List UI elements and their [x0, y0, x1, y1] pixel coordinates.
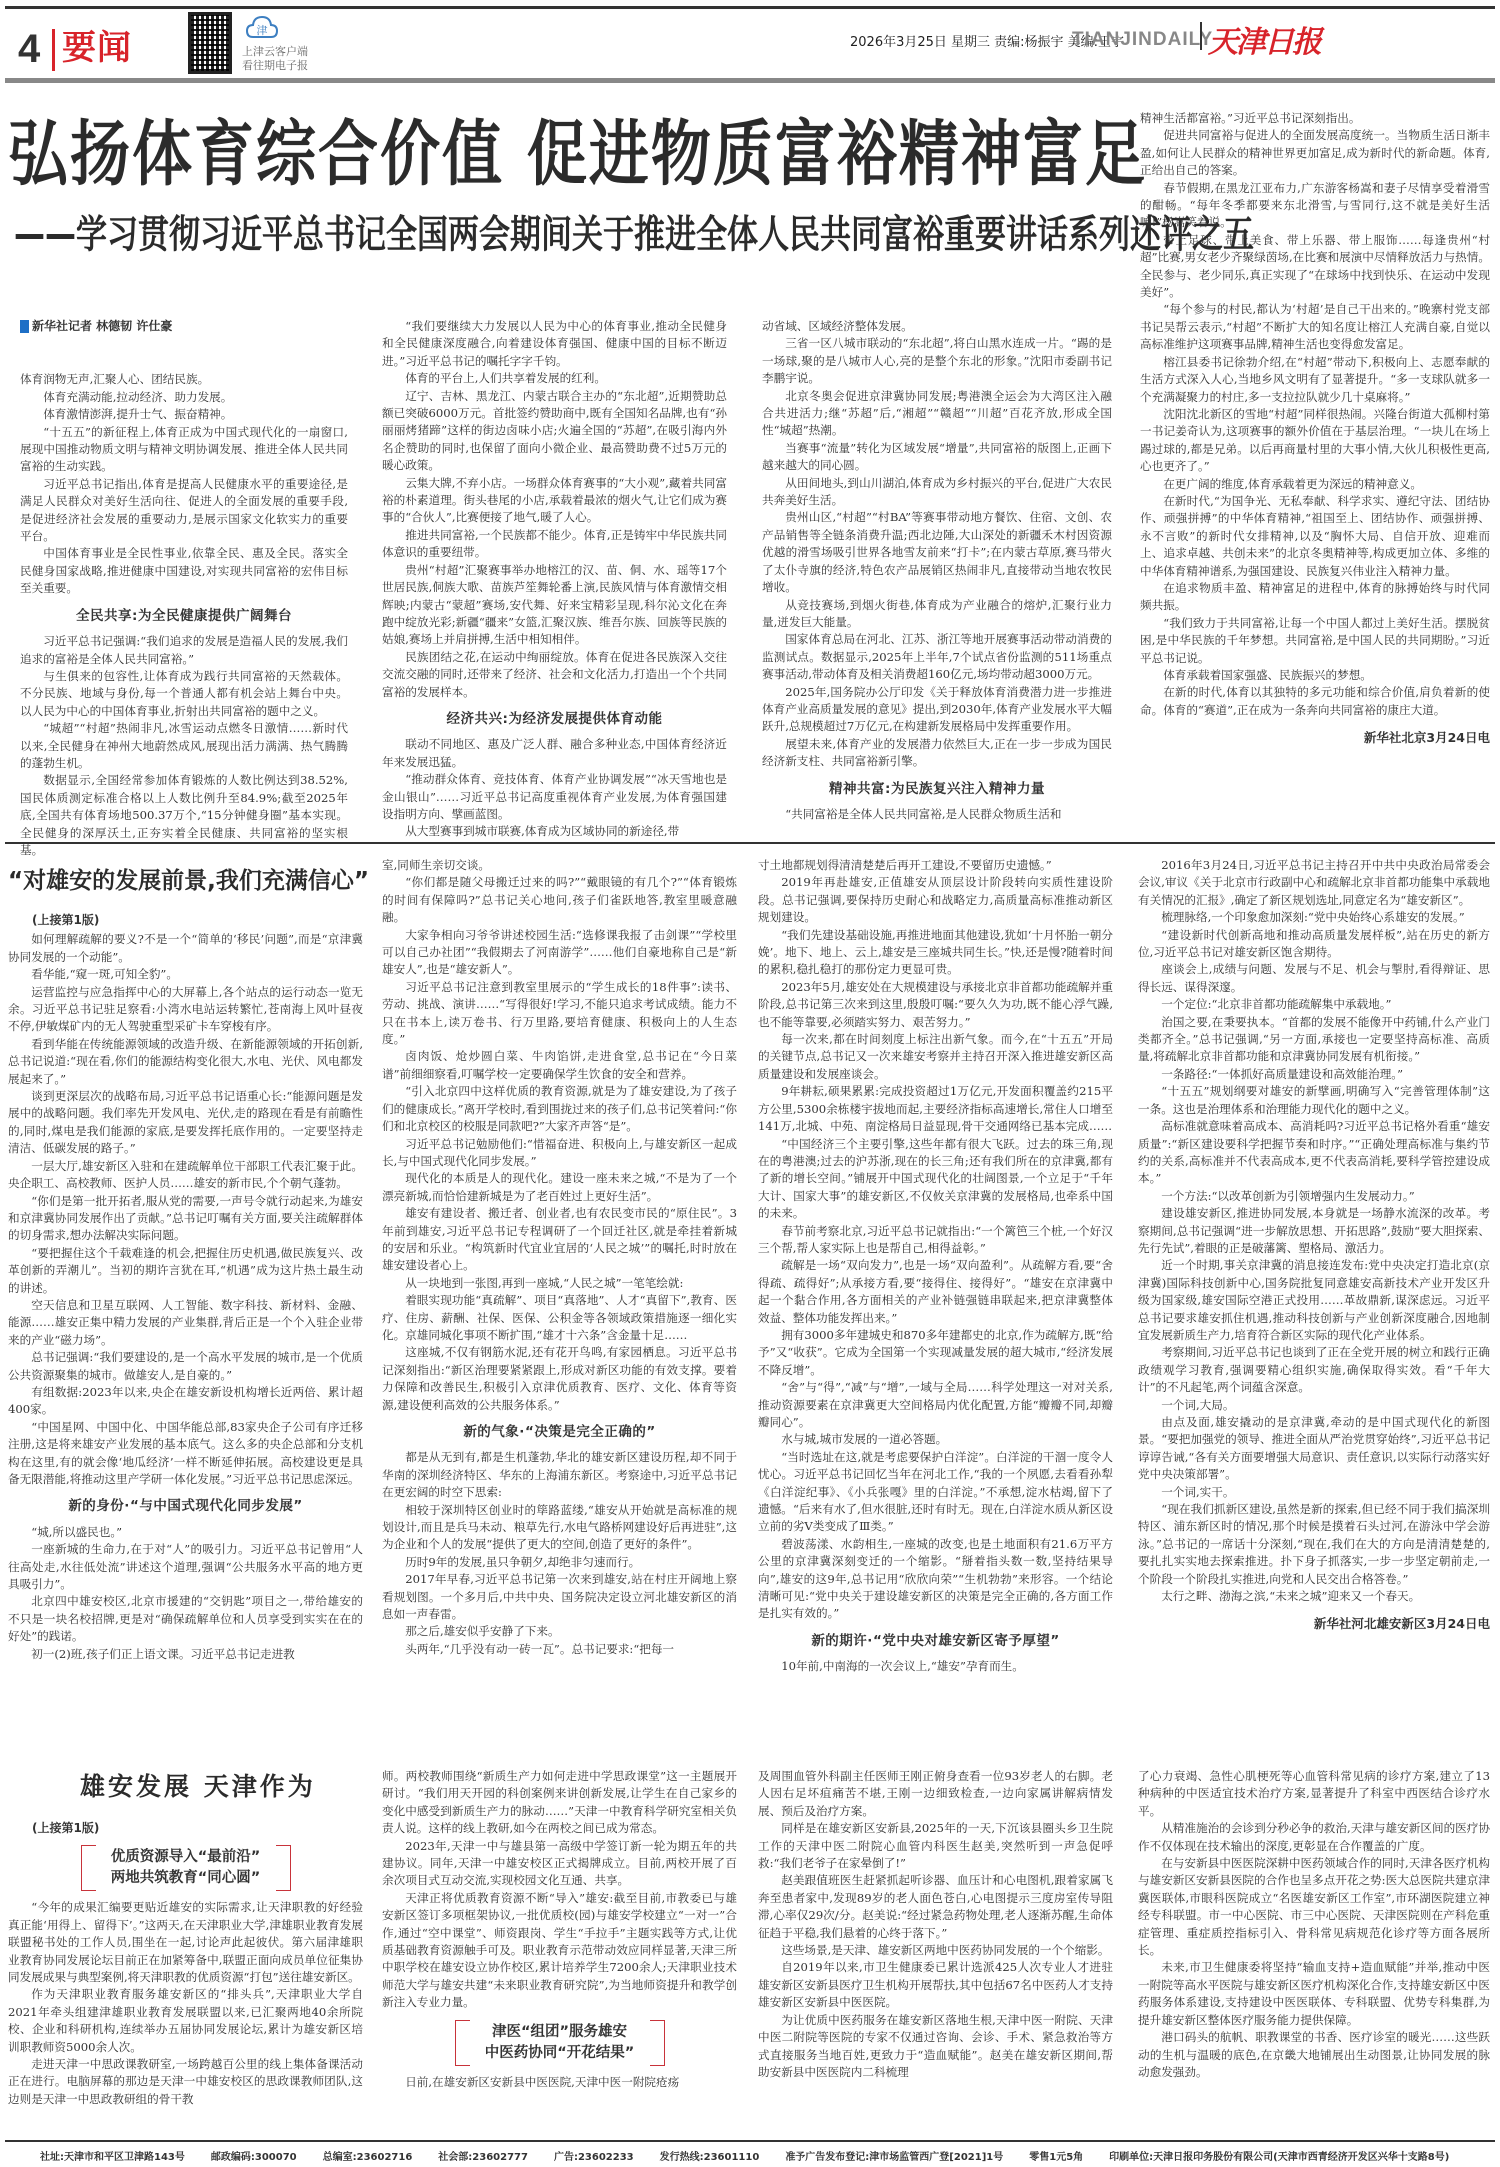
paragraph: 近一个时期,事关京津冀的消息接连发布:党中央决定打造北京(京津冀)国际科技创新中…	[1138, 1257, 1490, 1344]
footer-printer: 印刷单位:天津日报印务股份有限公司(天津市西青经济开发区兴华十支路8号)	[1109, 2148, 1449, 2163]
paragraph: 辽宁、吉林、黑龙江、内蒙古联合主办的“东北超”,近期赞助总额已突破6000万元。…	[382, 388, 727, 475]
paragraph: 日前,在雄安新区安新县中医医院,天津中医一附院疮疡	[382, 2074, 737, 2091]
paragraph: 太行之畔、渤海之滨,“未来之城”迎来又一个春天。	[1138, 1588, 1490, 1605]
paragraph: 从田间地头,到山川湖泊,体育成为乡村振兴的平台,促进广大农民共奔美好生活。	[762, 475, 1112, 510]
article3-column-3: 及周围血管外科副主任医师王刚正俯身查看一位93岁老人的右脚。老人因右足坏疽痛苦不…	[758, 1768, 1113, 2081]
brand-english: TIANJINDAILY	[1072, 29, 1213, 51]
boxed-subhead-line: 津医“组团”服务雄安	[455, 2022, 665, 2043]
article2-subhead-2: 新的气象·“决策是完全正确的”	[382, 1424, 737, 1441]
article2-subhead-3: 新的期许·“党中央对雄安新区寄予厚望”	[758, 1633, 1113, 1650]
continued-note: (上接第1版)	[8, 912, 363, 929]
paragraph: 体育承载着国家强盛、民族振兴的梦想。	[1140, 667, 1490, 684]
article3-boxed-subhead-2: 津医“组团”服务雄安 中医药协同“开花结果”	[455, 2020, 665, 2066]
paragraph: 习近平总书记指出,体育是提高人民健康水平的重要途径,是满足人民群众对美好生活向往…	[20, 476, 348, 546]
footer: 社址:天津市和平区卫津路143号 邮政编码:300070 总编室:2360271…	[40, 2148, 1449, 2163]
paragraph: 在更广阔的维度,体育承载着更为深远的精神意义。	[1140, 476, 1490, 493]
paragraph: “我们要继续大力发展以人民为中心的体育事业,推动全民健身和全民健康深度融合,向着…	[382, 318, 727, 370]
paragraph: “推动群众体育、竞技体育、体育产业协调发展”“冰天雪地也是金山银山”……习近平总…	[382, 771, 727, 823]
boxed-subhead-line: 优质资源导入“最前沿”	[81, 1847, 291, 1868]
app-promo-line2: 看往期电子报	[242, 59, 308, 73]
paragraph: 春节假期,在黑龙江亚布力,广东游客杨嵩和妻子尽情享受着滑雪的酣畅。“每年冬季都要…	[1140, 180, 1490, 232]
paragraph: 未来,市卫生健康委将坚持“输血支持+造血赋能”并举,推动中医一附院等高水平医院与…	[1138, 1959, 1490, 2029]
jinyun-app-logo-icon: 津	[245, 13, 279, 43]
paragraph: 相较于深圳特区创业时的筚路蓝缕,“雄安从开始就是高标准的规划设计,而且是兵马未动…	[382, 1502, 737, 1554]
paragraph: 这些场景,是天津、雄安新区两地中医药协同发展的一个个缩影。	[758, 1942, 1113, 1959]
svg-text:津: 津	[257, 23, 268, 37]
footer-address: 社址:天津市和平区卫津路143号	[40, 2148, 185, 2163]
paragraph: “十五五”规划纲要对雄安的新擘画,明确写入“完善管理体制”这一条。这也是治理体系…	[1138, 1083, 1490, 1118]
paragraph: 2017年早春,习近平总书记第一次来到雄安,站在村庄开阔地上察看规划图。一个多月…	[382, 1571, 737, 1623]
paragraph: 梳理脉络,一个印象愈加深刻:“党中央始终心系雄安的发展。”	[1138, 909, 1490, 926]
paragraph: 一条路径:“一体抓好高质量建设和高效能治理。”	[1138, 1066, 1490, 1083]
paragraph: 港口码头的航帆、职教课堂的书香、医疗诊室的暖光……这些跃动的生机与温暖的底色,在…	[1138, 2029, 1490, 2081]
paragraph: 这座城,不仅有钢筋水泥,还有花开鸟鸣,有家园栖息。习近平总书记深刻指出:“新区治…	[382, 1344, 737, 1414]
paragraph: “舍”与“得”,“减”与“增”,一域与全局……科学处理这一对对关系,推动资源要素…	[758, 1379, 1113, 1431]
paragraph: 赵美跟值班医生赶紧抓起听诊器、血压计和心电图机,跟着家属飞奔至患者家中,发现89…	[758, 1872, 1113, 1942]
byline-marker-icon	[20, 320, 29, 333]
paragraph: 云集大牌,不弃小店。一场群众体育赛事的“大小观”,藏着共同富裕的朴素道理。街头巷…	[382, 475, 727, 527]
paragraph: 及周围血管外科副主任医师王刚正俯身查看一位93岁老人的右脚。老人因右足坏疽痛苦不…	[758, 1768, 1113, 1820]
article1-column-2: “我们要继续大力发展以人民为中心的体育事业,推动全民健身和全民健康深度融合,向着…	[382, 318, 727, 841]
paragraph: 与生俱来的包容性,让体育成为践行共同富裕的天然载体。不分民族、地域与身份,每一个…	[20, 668, 348, 720]
qr-code-icon[interactable]	[188, 12, 232, 74]
continued-note: (上接第1版)	[8, 1820, 363, 1837]
paragraph: 了心力衰竭、急性心肌梗死等心血管科常见病的诊疗方案,建立了13种病种的中医适宜技…	[1138, 1768, 1490, 1820]
footer-rule	[5, 2140, 1495, 2142]
paragraph: 民族团结之花,在运动中绚丽绽放。体育在促进各民族深入交往交流交融的同时,还带来了…	[382, 649, 727, 701]
paragraph: “当时选址在这,就是考虑要保护白洋淀”。白洋淀的干涸一度令人忧心。习近平总书记回…	[758, 1449, 1113, 1536]
paragraph: 北京四中雄安校区,北京市援建的“交钥匙”项目之一,带给雄安的不只是一块名校招牌,…	[8, 1593, 363, 1645]
paragraph: 三省一区八城市联动的“东北超”,将白山黑水连成一片。“踢的是一场球,聚的是八城市…	[762, 335, 1112, 387]
paragraph: 运营监控与应急指挥中心的大屏幕上,各个站点的运行动态一览无余。习近平总书记驻足察…	[8, 984, 363, 1036]
paragraph: 着眼实现功能“真疏解”、项目“真落地”、人才“真留下”,教育、医疗、住房、薪酬、…	[382, 1292, 737, 1344]
paragraph: 榕江县委书记徐勃介绍,在“村超”带动下,积极向上、志愿奉献的生活方式深入人心,当…	[1140, 354, 1490, 406]
paragraph: 看华能,“窥一斑,可知全豹”。	[8, 966, 363, 983]
paragraph: 带上足球、带上美食、带上乐器、带上服饰……每逢贵州“村超”比赛,男女老少齐聚绿茵…	[1140, 232, 1490, 302]
footer-postcode: 邮政编码:300070	[211, 2148, 297, 2163]
paragraph: 有组数据:2023年以来,央企在雄安新设机构增长近两倍、累计超400家。	[8, 1384, 363, 1419]
article1-subhead-2: 经济共兴:为经济发展提供体育动能	[382, 711, 727, 728]
paragraph: 走进天津一中思政课教研室,一场跨越百公里的线上集体备课活动正在进行。电脑屏幕的那…	[8, 2056, 363, 2108]
paragraph: 自2019年以来,市卫生健康委已累计选派425人次专业人才进驻雄安新区安新县医疗…	[758, 1959, 1113, 2011]
paragraph: 从大型赛事到城市联赛,体育成为区域协同的新途径,带	[382, 823, 727, 840]
paragraph: 体育充满动能,拉动经济、助力发展。	[20, 389, 348, 406]
article1-byline: 新华社记者 林德韧 许仕豪	[20, 318, 348, 335]
paragraph: “你们是第一批开拓者,服从党的需要,一声号令就行动起来,为雄安和京津冀协同发展作…	[8, 1193, 363, 1245]
paragraph: 总书记强调:“我们要建设的,是一个高水平发展的城市,是一个优质公共资源聚集的城市…	[8, 1349, 363, 1384]
paragraph: 都是从无到有,都是生机蓬勃,华北的雄安新区建设历程,却不同于华南的深圳经济特区、…	[382, 1449, 737, 1501]
paragraph: 2016年3月24日,习近平总书记主持召开中共中央政治局常委会会议,审议《关于北…	[1138, 857, 1490, 909]
brand-logo-chinese: 天津日报	[1208, 17, 1320, 61]
paragraph: 2019年再赴雄安,正值雄安从顶层设计阶段转向实质性建设阶段。总书记强调,要保持…	[758, 874, 1113, 926]
page-divider	[52, 29, 55, 71]
article3-title: 雄安发展 天津作为	[80, 1767, 316, 1803]
paragraph: 国家体育总局在河北、江苏、浙江等地开展赛事活动带动消费的监测试点。数据显示,20…	[762, 631, 1112, 683]
article3-boxed-subhead-1: 优质资源导入“最前沿” 两地共筑教育“同心圆”	[81, 1845, 291, 1891]
paragraph: 碧波荡漾、水韵相生,一座城的改变,也是土地面积有21.6万平方公里的京津冀深刻变…	[758, 1536, 1113, 1623]
article2-column-3: 寸土地都规划得清清楚楚后再开工建设,不要留历史遗憾。” 2019年再赴雄安,正值…	[758, 857, 1113, 1676]
article2-column-2: 室,同师生亲切交谈。 “你们都是随父母搬迁过来的吗?”“戴眼镜的有几个?”“体育…	[382, 857, 737, 1658]
paragraph: 促进共同富裕与促进人的全面发展高度统一。当物质生活日渐丰盈,如何让人民群众的精神…	[1140, 127, 1490, 179]
article2-column-4: 2016年3月24日,习近平总书记主持召开中共中央政治局常委会会议,审议《关于北…	[1138, 857, 1490, 1633]
paragraph: 一个定位:“北京非首都功能疏解集中承载地。”	[1138, 996, 1490, 1013]
footer-social-dept: 社会部:23602777	[438, 2148, 528, 2163]
paragraph: “中国星网、中国中化、中国华能总部,83家央企子公司有序迁移注册,这是将来雄安产…	[8, 1419, 363, 1489]
paragraph: “共同富裕是全体人民共同富裕,是人民群众物质生活和	[762, 806, 1112, 823]
paragraph: 体育激情澎湃,提升士气、振奋精神。	[20, 406, 348, 423]
paragraph: 从一块地到一张图,再到一座城,“人民之城”一笔笔绘就:	[382, 1275, 737, 1292]
paragraph: 沈阳沈北新区的雪地“村超”同样很热闹。兴隆台街道大孤柳村第一书记姜奇认为,这项赛…	[1140, 406, 1490, 476]
article1-subhead-1: 全民共享:为全民健康提供广阔舞台	[20, 608, 348, 625]
section-name: 要闻	[62, 27, 132, 69]
byline-text: 新华社记者 林德韧 许仕豪	[32, 318, 172, 335]
paragraph: 高标准就意味着高成本、高消耗吗?习近平总书记格外看重“雄安质量”:“新区建设要科…	[1138, 1118, 1490, 1188]
masthead: 4 要闻 津 上津云客户端 看往期电子报 2026年3月25日 星期三 责编:杨…	[0, 9, 1500, 77]
paragraph: 2025年,国务院办公厅印发《关于释放体育消费潜力进一步推进体育产业高质量发展的…	[762, 684, 1112, 736]
paragraph: 2023年,天津一中与雄县第一高级中学签订新一轮为期五年的共建协议。同年,天津一…	[382, 1838, 737, 1890]
paragraph: “我们先建设基础设施,再推进地面其他建设,犹如‘十月怀胎一朝分娩’。地下、地上、…	[758, 927, 1113, 979]
section-divider-rule	[5, 842, 1495, 844]
paragraph: “中国经济三个主要引擎,这些年都有很大飞跃。过去的珠三角,现在的粤港澳;过去的沪…	[758, 1136, 1113, 1223]
article1-sign-off: 新华社北京3月24日电	[1140, 729, 1490, 746]
paragraph: 精神生活都富裕。”习近平总书记深刻指出。	[1140, 110, 1490, 127]
app-promo-line1: 上津云客户端	[242, 45, 308, 59]
paragraph: 从竞技赛场,到烟火街巷,体育成为产业融合的熔炉,汇聚行业力量,迸发巨大能量。	[762, 597, 1112, 632]
paragraph: 从精准施治的会诊到分秒必争的救治,天津与雄安新区间的医疗协作不仅体现在技术输出的…	[1138, 1820, 1490, 1855]
paragraph: 体育润物无声,汇聚人心、团结民族。	[20, 371, 348, 388]
paragraph: “十五五”的新征程上,体育正成为中国式现代化的一扇窗口,展现中国推动物质文明与精…	[20, 424, 348, 476]
app-promo-text: 上津云客户端 看往期电子报	[242, 45, 308, 73]
paragraph: 作为天津职业教育服务雄安新区的“排头兵”,天津职业大学自2021年牵头组建津雄职…	[8, 1986, 363, 2056]
paragraph: 9年耕耘,硕果累累:完成投资超过1万亿元,开发面积覆盖约215平方公里,5300…	[758, 1083, 1113, 1135]
paragraph: 一个方法:“以改革创新为引领增强内生发展动力。”	[1138, 1188, 1490, 1205]
paragraph: 现代化的本质是人的现代化。建设一座未来之城,“不是为了一个漂亮新城,而恰恰建新城…	[382, 1170, 737, 1205]
paragraph: 拥有3000多年建城史和870多年建都史的北京,作为疏解方,既“给予”又“收获”…	[758, 1327, 1113, 1379]
paragraph: 习近平总书记强调:“我们追求的发展是造福人民的发展,我们追求的富裕是全体人民共同…	[20, 633, 348, 668]
paragraph: “我们致力于共同富裕,让每一个中国人都过上美好生活。摆脱贫困,是中华民族的千年梦…	[1140, 615, 1490, 667]
paragraph: 展望未来,体育产业的发展潜力依然巨大,正在一步一步成为国民经济新支柱、共同富裕新…	[762, 736, 1112, 771]
paragraph: 治国之要,在秉要执本。“首都的发展不能像开中药铺,什么产业门类都齐全。”总书记强…	[1138, 1014, 1490, 1066]
article3-column-1: (上接第1版) 优质资源导入“最前沿” 两地共筑教育“同心圆” “今年的成果汇编…	[8, 1820, 363, 2108]
article2-subhead-1: 新的身份·“与中国式现代化同步发展”	[8, 1498, 363, 1515]
paragraph: 师。两校教师围绕“新质生产力如何走进中学思政课堂”这一主题展开研讨。“我们用天开…	[382, 1768, 737, 1838]
paragraph: 建设雄安新区,推进协同发展,本身就是一场静水流深的改革。考察期间,总书记强调“进…	[1138, 1205, 1490, 1257]
paragraph: 在新的时代,体育以其独特的多元功能和综合价值,肩负着新的使命。体育的“赛道”,正…	[1140, 684, 1490, 719]
paragraph: “你们都是随父母搬迁过来的吗?”“戴眼镜的有几个?”“体育锻炼的时间有保障吗?”…	[382, 874, 737, 926]
article1-subhead-3: 精神共富:为民族复兴注入精神力量	[762, 781, 1112, 798]
paragraph: 谈到更深层次的战略布局,习近平总书记语重心长:“能源问题是发展中的战略问题。我们…	[8, 1088, 363, 1158]
paragraph: 动省域、区域经济整体发展。	[762, 318, 1112, 335]
article2-column-1: (上接第1版) 如何理解疏解的要义?不是一个“简单的‘移民’问题”,而是“京津冀…	[8, 912, 363, 1663]
article2-sign-off: 新华社河北雄安新区3月24日电	[1138, 1615, 1490, 1632]
paragraph: “建设新时代创新高地和推动高质量发展样板”,站在历史的新方位,习近平总书记对雄安…	[1138, 927, 1490, 962]
paragraph: 习近平总书记注意到教室里展示的“学生成长的18件事”:读书、劳动、挑战、演讲………	[382, 979, 737, 1049]
paragraph: 体育的平台上,人们共享着发展的红利。	[382, 370, 727, 387]
article3-column-2: 师。两校教师围绕“新质生产力如何走进中学思政课堂”这一主题展开研讨。“我们用天开…	[382, 1768, 737, 2091]
paragraph: 在追求物质丰盈、精神富足的进程中,体育的脉搏始终与时代同频共振。	[1140, 580, 1490, 615]
footer-retail-price: 零售1元5角	[1029, 2148, 1083, 2163]
paragraph: 贵州山区,“村超”“村BA”等赛事带动地方餐饮、住宿、文创、农产品销售等全链条消…	[762, 509, 1112, 596]
paragraph: 贵州“村超”汇聚赛事举办地榕江的汉、苗、侗、水、瑶等17个世居民族,侗族大歌、苗…	[382, 562, 727, 649]
paragraph: 座谈会上,成绩与问题、发展与不足、机会与掣肘,看得辩证、思得长远、谋得深邃。	[1138, 961, 1490, 996]
article1-column-1: 新华社记者 林德韧 许仕豪 体育润物无声,汇聚人心、团结民族。 体育充满动能,拉…	[20, 318, 348, 859]
article1-column-3: 动省域、区域经济整体发展。 三省一区八城市联动的“东北超”,将白山黑水连成一片。…	[762, 318, 1112, 823]
article1-headline: 弘扬体育综合价值 促进物质富裕精神富足	[8, 110, 1138, 200]
footer-advertising: 广告:23602233	[554, 2148, 634, 2163]
paragraph: 春节前考察北京,习近平总书记就指出:“一个篱笆三个桩,一个好汉三个帮,帮人家实际…	[758, 1223, 1113, 1258]
paragraph: 在与安新县中医医院深耕中医药领域合作的同时,天津各医疗机构与雄安新区安新县医院的…	[1138, 1855, 1490, 1959]
article2-title: “对雄安的发展前景,我们充满信心”	[8, 862, 369, 895]
paragraph: 那之后,雄安似乎安静了下来。	[382, 1623, 737, 1640]
paragraph: 北京冬奥会促进京津冀协同发展;粤港澳全运会为大湾区注入融合共进活力;继“苏超”后…	[762, 388, 1112, 440]
paragraph: 如何理解疏解的要义?不是一个“简单的‘移民’问题”,而是“京津冀协同发展的一个动…	[8, 931, 363, 966]
paragraph: 联动不同地区、惠及广泛人群、融合多种业态,中国体育经济近年来发展迅猛。	[382, 736, 727, 771]
paragraph: 中国体育事业是全民性事业,依靠全民、惠及全民。落实全民健身国家战略,推进健康中国…	[20, 545, 348, 597]
paragraph: 当赛事“流量”转化为区域发展“增量”,共同富裕的版图上,正画下越来越大的同心圆。	[762, 440, 1112, 475]
paragraph: 看到华能在传统能源领域的改造升级、在新能源领域的开拓创新,总书记说道:“现在看,…	[8, 1036, 363, 1088]
paragraph: 历时9年的发展,虽只争朝夕,却绝非匀速而行。	[382, 1554, 737, 1571]
paragraph: “要把握住这个千载难逢的机会,把握住历史机遇,做民族复兴、改革创新的弄潮儿”。当…	[8, 1245, 363, 1297]
paragraph: 同样是在雄安新区安新县,2025年的一天,下沉该县圈头乡卫生院工作的天津中医二附…	[758, 1820, 1113, 1872]
article1-column-4: 精神生活都富裕。”习近平总书记深刻指出。 促进共同富裕与促进人的全面发展高度统一…	[1140, 110, 1490, 747]
paragraph: 空天信息和卫星互联网、人工智能、数字科技、新材料、金融、能源……雄安正集中精力发…	[8, 1297, 363, 1349]
paragraph: 水与城,城市发展的一道必答题。	[758, 1431, 1113, 1448]
paragraph: 在新时代,“为国争光、无私奉献、科学求实、遵纪守法、团结协作、顽强拼搏”的中华体…	[1140, 493, 1490, 580]
paragraph: 寸土地都规划得清清楚楚后再开工建设,不要留历史遗憾。”	[758, 857, 1113, 874]
paragraph: “城,所以盛民也。”	[8, 1524, 363, 1541]
paragraph: “今年的成果汇编要更贴近雄安的实际需求,让天津职教的好经验真正能‘用得上、留得下…	[8, 1899, 363, 1986]
footer-distribution-hotline: 发行热线:23601110	[660, 2148, 760, 2163]
paragraph: 推进共同富裕,一个民族都不能少。体育,正是铸牢中华民族共同体意识的重要纽带。	[382, 527, 727, 562]
paragraph: 初一(2)班,孩子们正上语文课。习近平总书记走进教	[8, 1646, 363, 1663]
paragraph: 室,同师生亲切交谈。	[382, 857, 737, 874]
boxed-subhead-line: 中医药协同“开花结果”	[455, 2043, 665, 2064]
paragraph: 一座新城的生命力,在于对“人”的吸引力。习近平总书记曾用“人往高处走,水往低处流…	[8, 1541, 363, 1593]
paragraph: “城超”“村超”热闹非凡,冰雪运动点燃冬日激情……新时代以来,全民健身在神州大地…	[20, 720, 348, 772]
paragraph: “引入北京四中这样优质的教育资源,就是为了雄安建设,为了孩子们的健康成长。”离开…	[382, 1083, 737, 1135]
page-number: 4	[18, 29, 40, 69]
paragraph: 一个词,实干。	[1138, 1484, 1490, 1501]
paragraph: 一个词,大局。	[1138, 1397, 1490, 1414]
paragraph: 为让优质中医药服务在雄安新区落地生根,天津中医一附院、天津中医二附院等医院的专家…	[758, 2012, 1113, 2082]
paragraph: 疏解是一场“双向发力”,也是一场“双向盈利”。从疏解方看,要“舍得疏、疏得好”;…	[758, 1257, 1113, 1327]
paragraph: 头两年,“几乎没有动一砖一瓦”。总书记要求:“把每一	[382, 1641, 737, 1658]
article3-column-4: 了心力衰竭、急性心肌梗死等心血管科常见病的诊疗方案,建立了13种病种的中医适宜技…	[1138, 1768, 1490, 2081]
paragraph: 由点及面,雄安撬动的是京津冀,牵动的是中国式现代化的新图景。“要把加强党的领导、…	[1138, 1414, 1490, 1484]
paragraph: 每一次来,都在时间刻度上标注出新气象。而今,在“十五五”开局的关键节点,总书记又…	[758, 1031, 1113, 1083]
footer-ad-license: 准予广告发布登记:津市场监管西广登[2021]1号	[785, 2148, 1003, 2163]
paragraph: 数据显示,全国经常参加体育锻炼的人数比例达到38.52%,国民体质测定标准合格以…	[20, 772, 348, 859]
brand-divider	[1200, 22, 1202, 50]
paragraph: 2023年5月,雄安处在大规模建设与承接北京非首都功能疏解并重阶段,总书记第三次…	[758, 979, 1113, 1031]
paragraph: 一层大厅,雄安新区入驻和在建疏解单位干部职工代表汇聚于此。央企职工、高校教师、医…	[8, 1158, 363, 1193]
paragraph: 雄安有建设者、搬迁者、创业者,也有农民变市民的“原住民”。3年前到雄安,习近平总…	[382, 1205, 737, 1275]
paragraph: 10年前,中南海的一次会议上,“雄安”孕育而生。	[758, 1658, 1113, 1675]
paragraph: “每个参与的村民,都认为‘村超’是自己干出来的。”晚寨村党支部书记吴帮云表示,“…	[1140, 301, 1490, 353]
paragraph: 天津正将优质教育资源不断“导入”雄安:截至目前,市教委已与雄安新区签订多项框架协…	[382, 1890, 737, 2012]
masthead-bottom-rule	[5, 78, 1495, 83]
paragraph: 大家争相向习爷爷讲述校园生活:“选修课我报了击剑课”“学校里可以自己办社团”“我…	[382, 927, 737, 979]
paragraph: 卤肉饭、炝炒圆白菜、牛肉馅饼,走进食堂,总书记在“今日菜谱”前细细察看,叮嘱学校…	[382, 1048, 737, 1083]
article1-subheadline: ——学习贯彻习近平总书记全国两会期间关于推进全体人民共同富裕重要讲话系列述评之五	[14, 210, 1144, 260]
paragraph: 考察期间,习近平总书记也谈到了正在全党开展的树立和践行正确政绩观学习教育,强调要…	[1138, 1344, 1490, 1396]
paragraph: “现在我们抓新区建设,虽然是新的探索,但已经不同于我们搞深圳特区、浦东新区时的情…	[1138, 1501, 1490, 1588]
paragraph: 习近平总书记勉励他们:“惜福奋进、积极向上,与雄安新区一起成长,与中国式现代化同…	[382, 1136, 737, 1171]
footer-editorial-office: 总编室:23602716	[323, 2148, 413, 2163]
boxed-subhead-line: 两地共筑教育“同心圆”	[81, 1868, 291, 1889]
